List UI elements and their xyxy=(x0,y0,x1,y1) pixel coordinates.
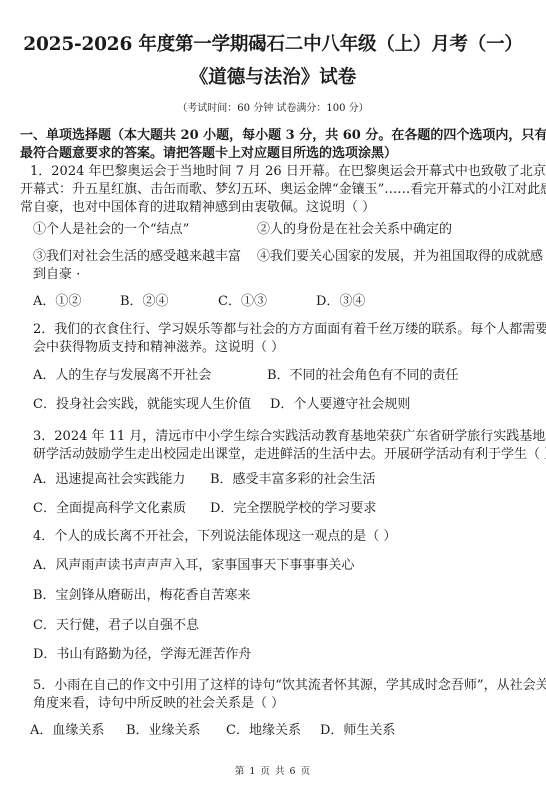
q1-stem-3: 常自豪，也对中国体育的进取精神感到由衷敬佩。这说明（ ） xyxy=(20,199,375,217)
q3-stem: 3．2024 年 11 月，清远市中小学生综合实践活动教育基地荣获广东省研学旅行… xyxy=(33,428,546,446)
q2-stem: 2．我们的衣食住行、学习娱乐等都与社会的方方面面有着千丝万缕的联系。每个人都需要… xyxy=(33,321,546,339)
q1-option-c[interactable]: C．①③ xyxy=(218,293,267,311)
page-number: 第 1 页 共 6 页 xyxy=(0,763,546,777)
q1-option-b[interactable]: B．②④ xyxy=(120,293,169,311)
q1-option-d[interactable]: D．③④ xyxy=(316,293,365,311)
q1-stem-2: 开幕式：升五星红旗、击缶而歌、梦幻五环、奥运金牌“金镶玉”……看完开幕式的小江对… xyxy=(20,181,546,199)
q3-option-c[interactable]: C．全面提高科学文化素质 xyxy=(33,500,186,518)
q4-option-c[interactable]: C．天行健，君子以自强不息 xyxy=(33,617,199,635)
page-title: 2025-2026 年度第一学期碣石二中八年级（上）月考（一） xyxy=(0,30,546,56)
q1-option-a[interactable]: A．①② xyxy=(33,293,81,311)
q5-option-a[interactable]: A．血缘关系 xyxy=(30,722,104,740)
q3-stem-2: 研学活动鼓励学生走出校园走出课堂，走进鲜活的生活中去。开展研学活动有利于学生（ … xyxy=(33,446,546,464)
q4-stem: 4．个人的成长离不开社会，下列说法能体现这一观点的是（ ） xyxy=(33,528,396,546)
q3-option-d[interactable]: D．完全摆脱学校的学习要求 xyxy=(210,500,376,518)
q5-option-c[interactable]: C．地缘关系 xyxy=(226,722,301,740)
q2-option-b[interactable]: B．不同的社会角色有不同的责任 xyxy=(267,367,459,385)
q5-option-b[interactable]: B．业缘关系 xyxy=(126,722,201,740)
section-heading: 一、单项选择题（本大题共 20 小题，每小题 3 分，共 60 分。在各题的四个… xyxy=(20,127,546,145)
q1-statement-3: ③我们对社会生活的感受越来越丰富 xyxy=(33,248,241,266)
q4-option-b[interactable]: B．宝剑锋从磨砺出，梅花香自苦寒来 xyxy=(33,587,251,605)
q1-statement-2: ②人的身份是在社会关系中确定的 xyxy=(257,221,452,239)
q3-option-a[interactable]: A．迅速提高社会实践能力 xyxy=(33,471,185,489)
q1-statement-4-cont: 到自豪 · xyxy=(33,266,80,284)
q5-stem: 5．小雨在自己的作文中引用了这样的诗句“饮其流者怀其源，学其成时念吾师”，从社会… xyxy=(33,677,546,695)
q5-option-d[interactable]: D．师生关系 xyxy=(320,722,395,740)
q5-stem-2: 角度来看，诗句中所反映的社会关系是（ ） xyxy=(33,695,284,713)
q1-stem: 1．2024 年巴黎奥运会于当地时间 7 月 26 日开幕。在巴黎奥运会开幕式中… xyxy=(30,163,546,181)
page-subtitle: 《道德与法治》试卷 xyxy=(0,63,546,89)
q1-statement-4: ④我们要关心国家的发展，并为祖国取得的成就感 xyxy=(257,248,543,266)
q3-option-b[interactable]: B．感受丰富多彩的社会生活 xyxy=(210,471,376,489)
q1-statement-1: ①个人是社会的一个“结点” xyxy=(33,221,189,239)
q2-option-d[interactable]: D．个人要遵守社会规则 xyxy=(270,396,410,414)
q2-option-a[interactable]: A．人的生存与发展离不开社会 xyxy=(33,367,211,385)
section-heading-cont: 最符合题意要求的答案。请把答题卡上对应题目所选的选项涂黑） xyxy=(20,145,397,163)
q4-option-a[interactable]: A．风声雨声读书声声声入耳，家事国事天下事事事关心 xyxy=(33,557,354,575)
q2-stem-2: 会中获得物质支持和精神滋养。这说明（ ） xyxy=(33,339,284,357)
q4-option-d[interactable]: D．书山有路勤为径，学海无涯苦作舟 xyxy=(33,646,251,664)
exam-meta: （考试时间：60 分钟 试卷满分：100 分） xyxy=(0,99,546,114)
q2-option-c[interactable]: C．投身社会实践，就能实现人生价值 xyxy=(33,396,251,414)
